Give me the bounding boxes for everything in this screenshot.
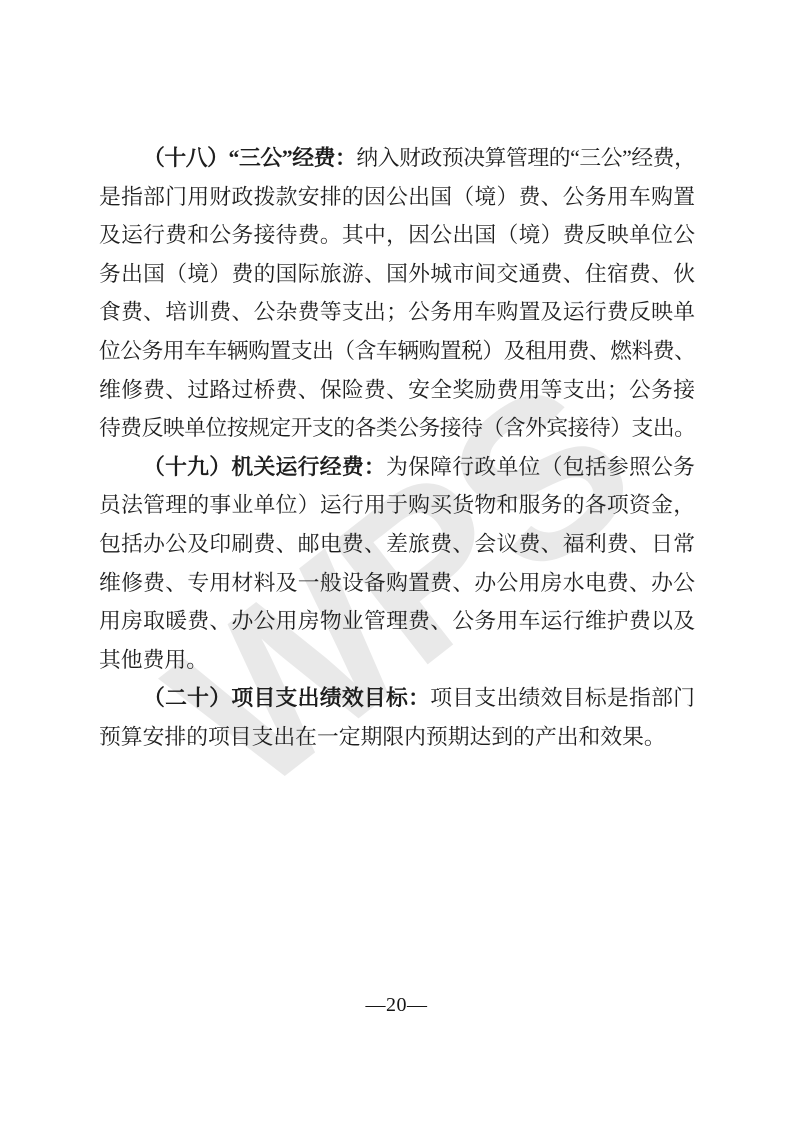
text-line: 维修费、专用材料及一般设备购置费、办公用房水电费、办公 [99,564,695,603]
body-text: 务出国（境）费的国际旅游、国外城市间交通费、住宿费、伙 [99,262,695,286]
text-line: 包括办公及印刷费、邮电费、差旅费、会议费、福利费、日常 [99,525,695,564]
body-text: 为保障行政单位（包括参照公务 [386,455,695,479]
text-line: 待费反映单位按规定开支的各类公务接待（含外宾接待）支出。 [99,409,695,448]
body-text: 预算安排的项目支出在一定期限内预期达到的产出和效果。 [99,725,666,749]
document-body: （十八）“三公”经费：纳入财政预决算管理的“三公”经费，是指部门用财政拨款安排的… [99,139,695,757]
text-line: 其他费用。 [99,641,695,680]
body-text: 待费反映单位按规定开支的各类公务接待（含外宾接待）支出。 [99,416,695,440]
term-label: （十八）“三公”经费： [143,146,356,170]
body-text: 维修费、过路过桥费、保险费、安全奖励费用等支出；公务接 [99,378,695,402]
body-text: 是指部门用财政拨款安排的因公出国（境）费、公务用车购置 [99,185,695,209]
term-label: （二十）项目支出绩效目标： [143,686,430,710]
text-line: （二十）项目支出绩效目标：项目支出绩效目标是指部门 [99,679,695,718]
text-line: （十九）机关运行经费：为保障行政单位（包括参照公务 [99,448,695,487]
page-footer: —20— [0,994,793,1017]
text-line: 维修费、过路过桥费、保险费、安全奖励费用等支出；公务接 [99,371,695,410]
body-text: 食费、培训费、公杂费等支出；公务用车购置及运行费反映单 [99,300,695,324]
text-line: 员法管理的事业单位）运行用于购买货物和服务的各项资金， [99,486,695,525]
body-text: 员法管理的事业单位）运行用于购买货物和服务的各项资金， [99,493,695,517]
document-page: WPS （十八）“三公”经费：纳入财政预决算管理的“三公”经费，是指部门用财政拨… [0,0,793,1122]
text-line: 用房取暖费、办公用房物业管理费、公务用车运行维护费以及 [99,602,695,641]
body-text: 其他费用。 [99,648,208,672]
body-text: 项目支出绩效目标是指部门 [430,686,695,710]
text-line: 务出国（境）费的国际旅游、国外城市间交通费、住宿费、伙 [99,255,695,294]
page-number: —20— [366,994,428,1016]
body-text: 维修费、专用材料及一般设备购置费、办公用房水电费、办公 [99,571,695,595]
text-line: （十八）“三公”经费：纳入财政预决算管理的“三公”经费， [99,139,695,178]
term-label: （十九）机关运行经费： [143,455,386,479]
text-line: 位公务用车车辆购置支出（含车辆购置税）及租用费、燃料费、 [99,332,695,371]
body-text: 纳入财政预决算管理的“三公”经费， [356,146,695,170]
text-line: 食费、培训费、公杂费等支出；公务用车购置及运行费反映单 [99,293,695,332]
body-text: 位公务用车车辆购置支出（含车辆购置税）及租用费、燃料费、 [99,339,695,363]
text-line: 预算安排的项目支出在一定期限内预期达到的产出和效果。 [99,718,695,757]
body-text: 用房取暖费、办公用房物业管理费、公务用车运行维护费以及 [99,609,695,633]
text-line: 是指部门用财政拨款安排的因公出国（境）费、公务用车购置 [99,178,695,217]
body-text: 包括办公及印刷费、邮电费、差旅费、会议费、福利费、日常 [99,532,695,556]
body-text: 及运行费和公务接待费。其中，因公出国（境）费反映单位公 [99,223,695,247]
text-line: 及运行费和公务接待费。其中，因公出国（境）费反映单位公 [99,216,695,255]
